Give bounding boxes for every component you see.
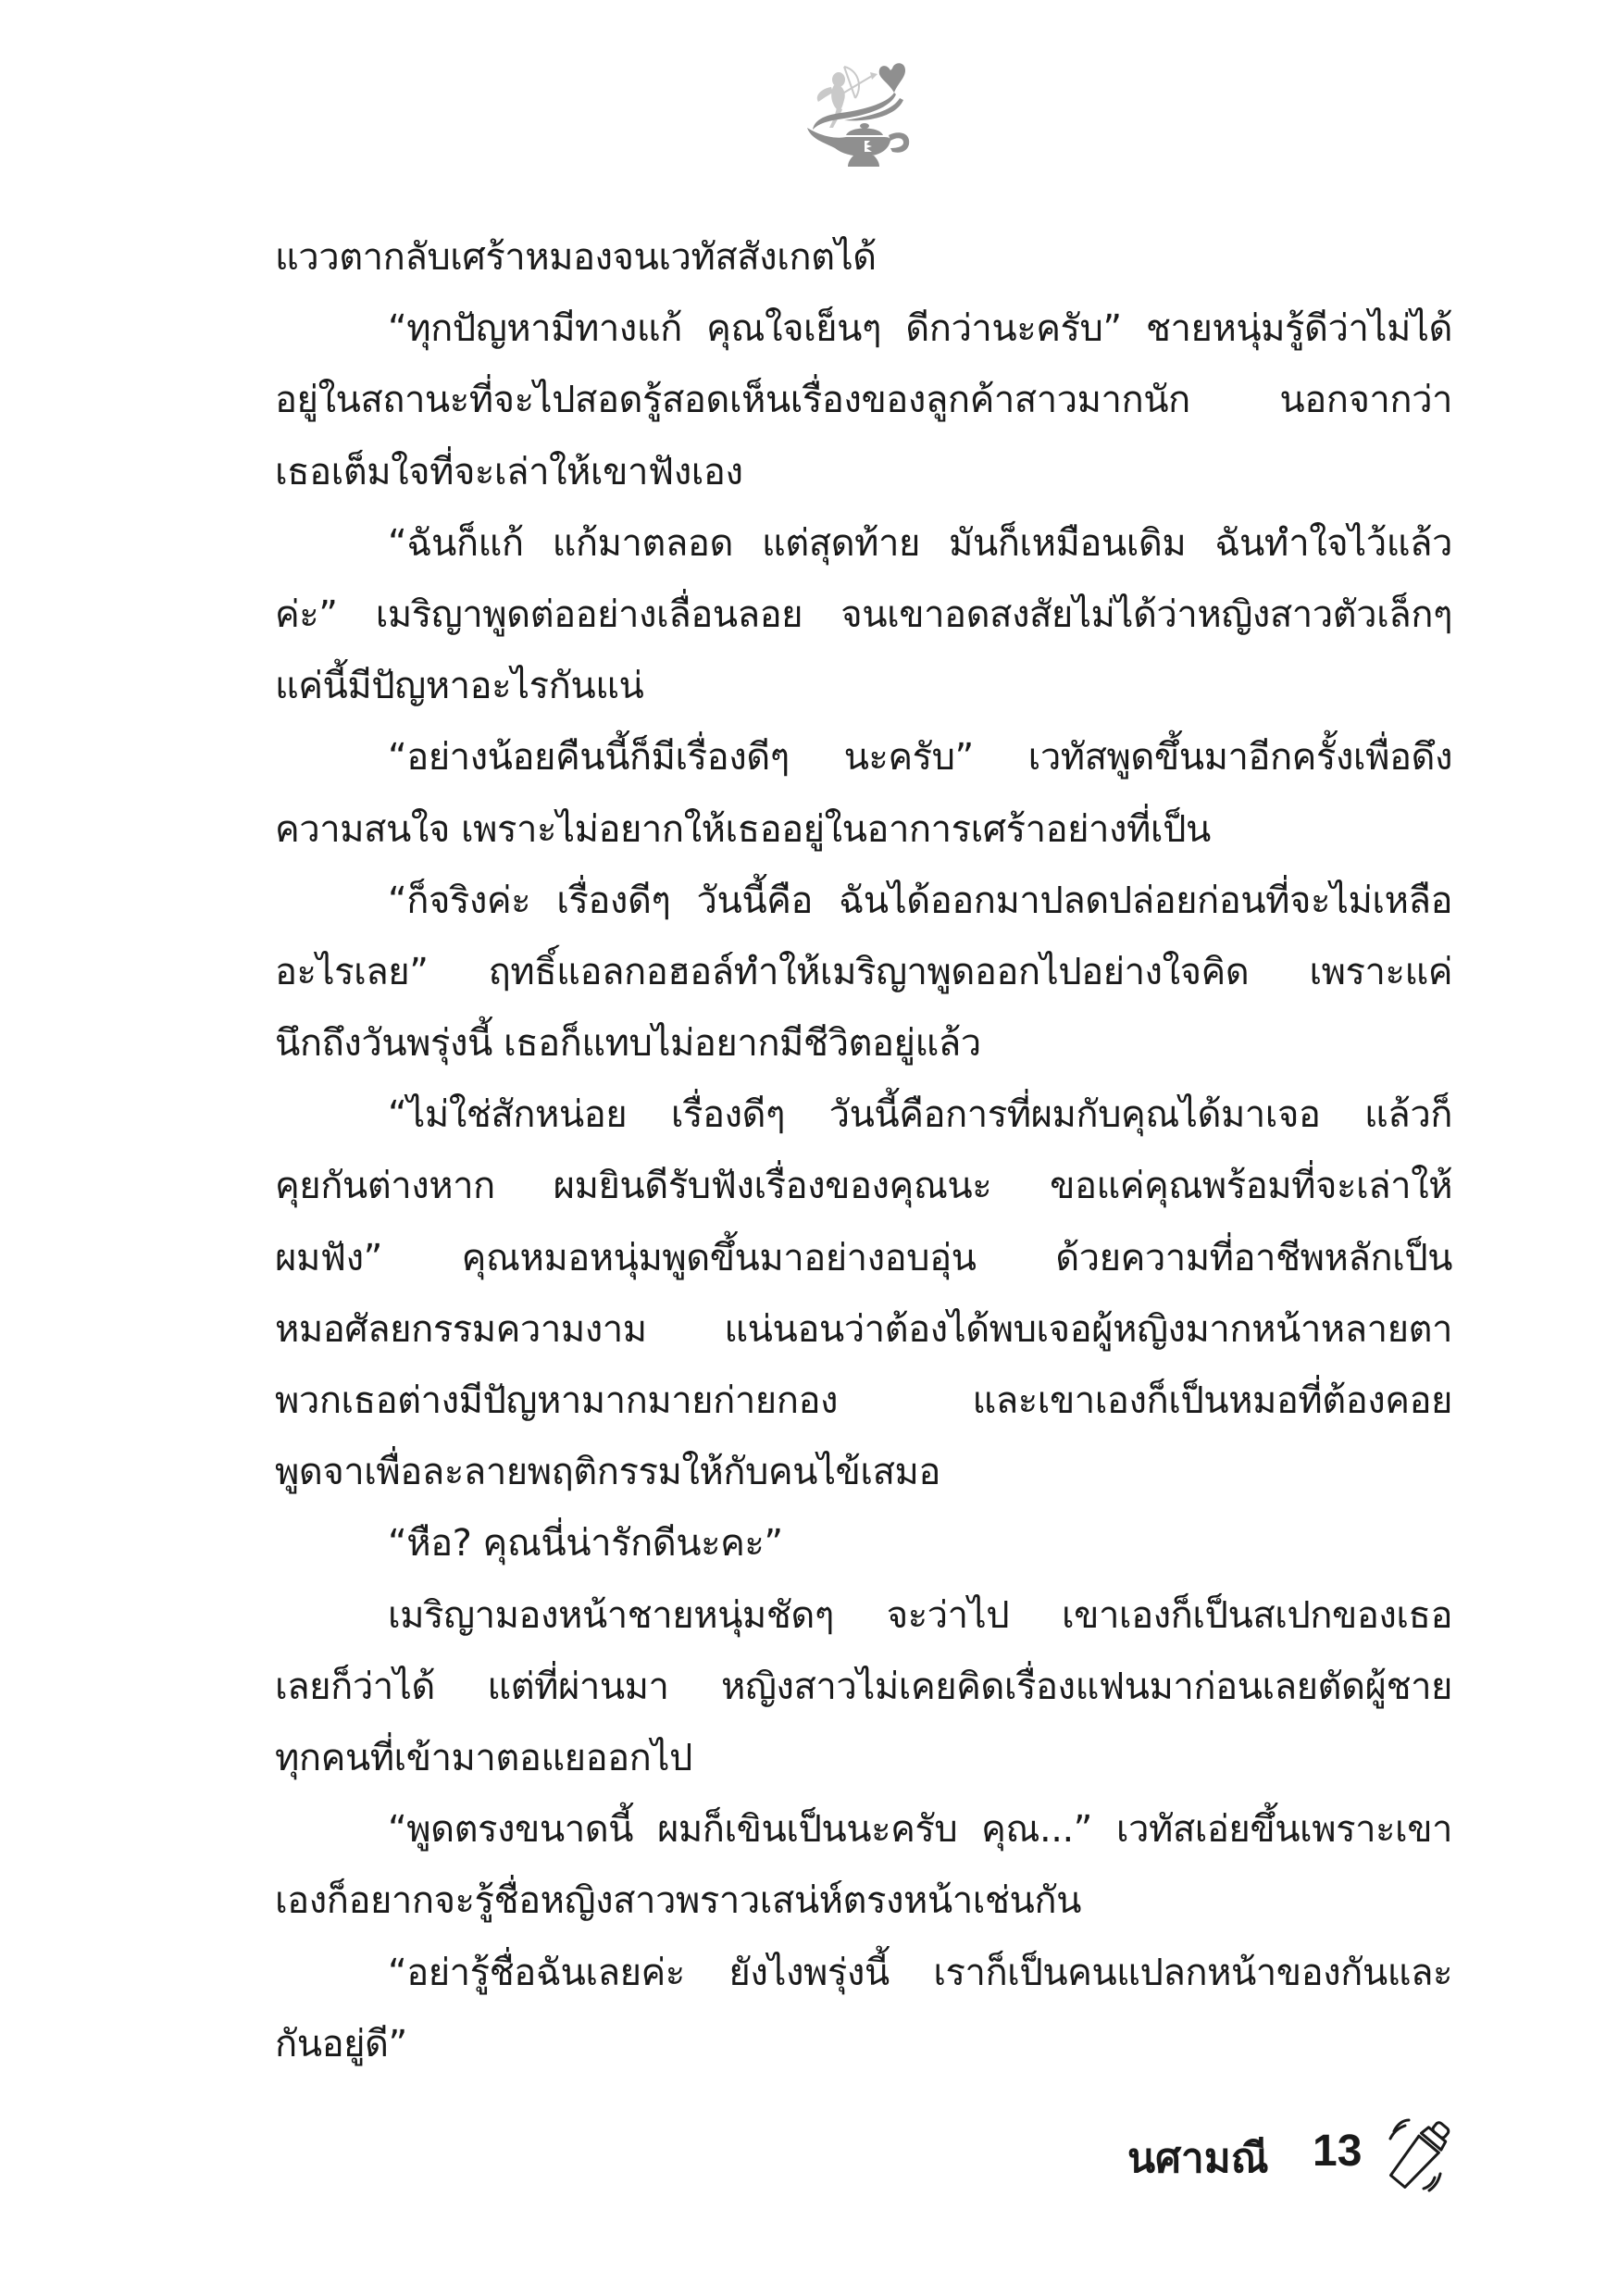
text-line: หมอศัลยกรรมความงาม แน่นอนว่าต้องได้พบเจอ…	[275, 1294, 1452, 1366]
text-line: อะไรเลย” ฤทธิ์แอลกอฮอล์ทำให้เมริญาพูดออก…	[275, 937, 1452, 1008]
text-line: แค่นี้มีปัญหาอะไรกันแน่	[275, 651, 1452, 722]
running-title: นศามณี	[1127, 2126, 1269, 2190]
text-line: “หือ? คุณนี่น่ารักดีนะคะ”	[275, 1508, 1452, 1579]
text-line: “อย่ารู้ชื่อฉันเลยค่ะ ยังไงพรุ่งนี้ เราก…	[275, 1938, 1452, 2009]
text-line: อยู่ในสถานะที่จะไปสอดรู้สอดเห็นเรื่องของ…	[275, 365, 1452, 436]
text-line: แววตากลับเศร้าหมองจนเวทัสสังเกตได้	[275, 222, 1452, 293]
text-line: ทุกคนที่เข้ามาตอแยออกไป	[275, 1723, 1452, 1794]
page-footer: นศามณี 13	[1120, 2113, 1472, 2196]
text-line: พวกเธอต่างมีปัญหามากมายก่ายกอง และเขาเอง…	[275, 1366, 1452, 1437]
text-line: เมริญามองหน้าชายหนุ่มชัดๆ จะว่าไป เขาเอง…	[275, 1580, 1452, 1652]
text-line: “ก็จริงค่ะ เรื่องดีๆ วันนี้คือ ฉันได้ออก…	[275, 866, 1452, 937]
page-number: 13	[1313, 2126, 1362, 2177]
text-line: เธอเต็มใจที่จะเล่าให้เขาฟังเอง	[275, 437, 1452, 508]
text-line: เองก็อยากจะรู้ชื่อหญิงสาวพราวเสน่ห์ตรงหน…	[275, 1865, 1452, 1937]
cocktail-shaker-icon	[1372, 2113, 1461, 2198]
text-line: พูดจาเพื่อละลายพฤติกรรมให้กับคนไข้เสมอ	[275, 1437, 1452, 1508]
cupid-lamp-ornament-icon	[803, 56, 920, 170]
text-line: “พูดตรงขนาดนี้ ผมก็เขินเป็นนะครับ คุณ...…	[275, 1794, 1452, 1865]
text-line: ผมฟัง” คุณหมอหนุ่มพูดขึ้นมาอย่างอบอุ่น ด…	[275, 1223, 1452, 1294]
text-line: เลยก็ว่าได้ แต่ที่ผ่านมา หญิงสาวไม่เคยคิ…	[275, 1652, 1452, 1723]
text-line: “ทุกปัญหามีทางแก้ คุณใจเย็นๆ ดีกว่านะครั…	[275, 293, 1452, 365]
text-line: ความสนใจ เพราะไม่อยากให้เธออยู่ในอาการเศ…	[275, 794, 1452, 866]
text-line: “ไม่ใช่สักหน่อย เรื่องดีๆ วันนี้คือการที…	[275, 1079, 1452, 1151]
text-line: “อย่างน้อยคืนนี้ก็มีเรื่องดีๆ นะครับ” เว…	[275, 722, 1452, 793]
text-line: ค่ะ” เมริญาพูดต่ออย่างเลื่อนลอย จนเขาอดส…	[275, 580, 1452, 651]
book-page: แววตากลับเศร้าหมองจนเวทัสสังเกตได้ “ทุกป…	[0, 0, 1618, 2296]
text-line: คุยกันต่างหาก ผมยินดีรับฟังเรื่องของคุณน…	[275, 1151, 1452, 1222]
text-line: “ฉันก็แก้ แก้มาตลอด แต่สุดท้าย มันก็เหมื…	[275, 508, 1452, 580]
body-text: แววตากลับเศร้าหมองจนเวทัสสังเกตได้ “ทุกป…	[275, 222, 1452, 2080]
text-line: กันอยู่ดี”	[275, 2009, 1452, 2080]
text-line: นึกถึงวันพรุ่งนี้ เธอก็แทบไม่อยากมีชีวิต…	[275, 1008, 1452, 1079]
